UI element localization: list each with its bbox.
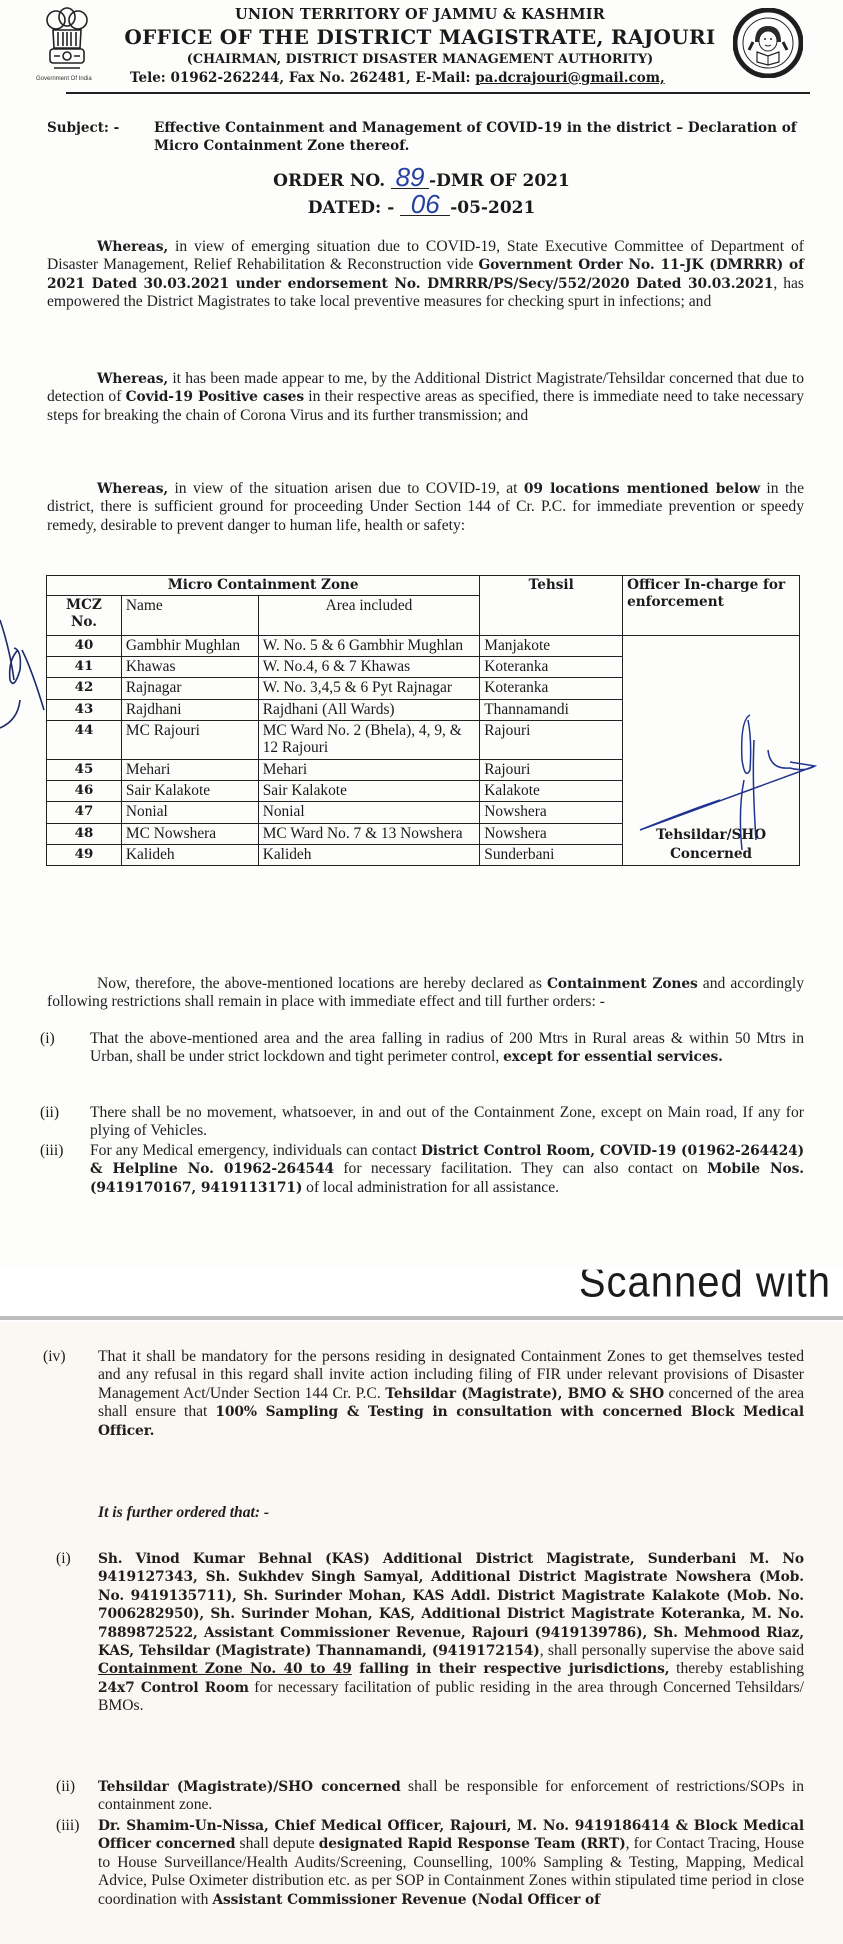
zone-name-cell: MC Rajouri (121, 720, 258, 759)
header-tehsil: Tehsil (480, 576, 623, 636)
order-prefix: ORDER NO. (273, 171, 385, 191)
area-included-cell: W. No. 5 & 6 Gambhir Mughlan (258, 636, 480, 657)
area-included-cell: Sair Kalakote (258, 781, 480, 802)
restriction-1-number: (i) (40, 1030, 55, 1048)
tehsil-cell: Koteranka (480, 657, 623, 678)
para-text: There shall be no movement, whatsoever, … (90, 1104, 804, 1139)
area-included-cell: Kalideh (258, 844, 480, 865)
table-row: 40Gambhir MughlanW. No. 5 & 6 Gambhir Mu… (47, 636, 800, 657)
para-bold: Tehsildar (Magistrate), BMO & SHO (385, 1386, 664, 1402)
paragraph-whereas-1: Whereas, in view of emerging situation d… (47, 238, 804, 312)
para-text: in view of the situation arisen due to C… (168, 480, 524, 497)
restriction-4: That it shall be mandatory for the perso… (98, 1348, 804, 1440)
zone-name-cell: Gambhir Mughlan (121, 636, 258, 657)
zone-name-cell: MC Nowshera (121, 823, 258, 844)
para-bold: 09 locations mentioned below (524, 481, 760, 497)
zone-name-cell: Nonial (121, 802, 258, 823)
mcz-number-cell: 47 (47, 802, 122, 823)
header-name: Name (121, 596, 258, 636)
header-officer: Officer In-charge for enforcement (623, 576, 800, 636)
letterhead-office-name: OFFICE OF THE DISTRICT MAGISTRATE, RAJOU… (110, 25, 730, 49)
document-page-2: (iv) That it shall be mandatory for the … (0, 1322, 843, 1944)
mcz-number-cell: 41 (47, 657, 122, 678)
contact-numbers: Tele: 01962-262244, Fax No. 262481, E-Ma… (130, 70, 475, 86)
para-text: For any Medical emergency, individuals c… (90, 1142, 421, 1159)
further-order-1: Sh. Vinod Kumar Behnal (KAS) Additional … (98, 1550, 804, 1716)
para-bold: except for essential services. (503, 1049, 723, 1065)
scanner-watermark: Scanned with C (579, 1268, 843, 1307)
tehsil-cell: Rajouri (480, 759, 623, 780)
para-text: Now, therefore, the above-mentioned loca… (97, 975, 547, 992)
restriction-3-number: (iii) (40, 1142, 63, 1160)
mcz-number-cell: 49 (47, 844, 122, 865)
mcz-number-cell: 48 (47, 823, 122, 844)
national-emblem-icon (40, 6, 94, 76)
further-order-3: Dr. Shamim-Un-Nissa, Chief Medical Offic… (98, 1817, 804, 1909)
zone-name-cell: Rajnagar (121, 678, 258, 699)
tehsil-cell: Koteranka (480, 678, 623, 699)
letterhead-contact: Tele: 01962-262244, Fax No. 262481, E-Ma… (130, 70, 730, 86)
mcz-number-cell: 44 (47, 720, 122, 759)
mcz-number-cell: 40 (47, 636, 122, 657)
mcz-number-cell: 42 (47, 678, 122, 699)
para-text: , shall personally supervise the above s… (540, 1642, 804, 1659)
letterhead-divider (66, 92, 810, 94)
letterhead-ut-name: UNION TERRITORY OF JAMMU & KASHMIR (110, 6, 730, 23)
header-micro-containment-zone: Micro Containment Zone (47, 576, 480, 596)
subject-text: Effective Containment and Management of … (154, 120, 804, 155)
further-3-number: (iii) (56, 1817, 79, 1835)
para-bold: 24x7 Control Room (98, 1680, 249, 1696)
zone-name-cell: Sair Kalakote (121, 781, 258, 802)
mcz-number-cell: 43 (47, 699, 122, 720)
para-bold: falling in their respective jurisdiction… (352, 1661, 670, 1677)
restriction-1: That the above-mentioned area and the ar… (90, 1030, 804, 1067)
para-lead: Whereas, (97, 481, 168, 497)
para-bold: designated Rapid Response Team (RRT) (319, 1836, 626, 1852)
header-area: Area included (258, 596, 480, 636)
area-included-cell: Nonial (258, 802, 480, 823)
order-number: ORDER NO. 89-DMR OF 2021 (0, 166, 843, 191)
zone-name-cell: Rajdhani (121, 699, 258, 720)
tehsil-cell: Nowshera (480, 823, 623, 844)
letterhead-chairman: (CHAIRMAN, DISTRICT DISASTER MANAGEMENT … (110, 52, 730, 67)
margin-signature (0, 610, 50, 730)
mcz-number-cell: 45 (47, 759, 122, 780)
dated-suffix: -05-2021 (450, 198, 535, 218)
para-text: of local administration for all assistan… (302, 1179, 559, 1196)
order-day-handwritten: 06 (400, 193, 450, 216)
para-lead: Whereas, (97, 239, 168, 255)
zone-name-cell: Khawas (121, 657, 258, 678)
tehsil-cell: Rajouri (480, 720, 623, 759)
restriction-3: For any Medical emergency, individuals c… (90, 1142, 804, 1197)
para-bold: Covid-19 Positive cases (126, 389, 304, 405)
paragraph-whereas-3: Whereas, in view of the situation arisen… (47, 480, 804, 535)
area-included-cell: MC Ward No. 7 & 13 Nowshera (258, 823, 480, 844)
tehsil-cell: Manjakote (480, 636, 623, 657)
page-separator: Scanned with C (0, 1268, 843, 1322)
further-1-number: (i) (56, 1550, 71, 1568)
order-suffix: -DMR OF 2021 (429, 171, 570, 191)
area-included-cell: Mehari (258, 759, 480, 780)
containment-zone-range: Containment Zone No. 40 to 49 (98, 1661, 352, 1677)
page-break-line (0, 1316, 843, 1320)
email-link[interactable]: pa.dcrajouri@gmail.com, (475, 70, 665, 86)
dated-prefix: DATED: - (308, 198, 395, 218)
paragraph-whereas-2: Whereas, it has been made appear to me, … (47, 370, 804, 425)
order-number-handwritten: 89 (391, 166, 429, 189)
order-date: DATED: - 06-05-2021 (0, 193, 843, 218)
area-included-cell: MC Ward No. 2 (Bhela), 4, 9, & 12 Rajour… (258, 720, 480, 759)
para-text: shall depute (235, 1835, 318, 1852)
document-page-1: Government Of India UNION TERRITORY OF J… (0, 0, 843, 1268)
mcz-number-cell: 46 (47, 781, 122, 802)
para-text: thereby establishing (669, 1660, 804, 1677)
para-text: for necessary facilitation. They can als… (334, 1160, 707, 1177)
restriction-2-number: (ii) (40, 1104, 59, 1122)
tehsil-cell: Thannamandi (480, 699, 623, 720)
para-bold: Containment Zones (547, 976, 698, 992)
further-ordered-heading: It is further ordered that: - (98, 1504, 498, 1522)
paragraph-now-therefore: Now, therefore, the above-mentioned loca… (47, 975, 804, 1012)
emblem-caption: Government Of India (36, 76, 92, 82)
restriction-4-number: (iv) (43, 1348, 66, 1366)
further-2-number: (ii) (56, 1778, 75, 1796)
tehsil-cell: Kalakote (480, 781, 623, 802)
area-included-cell: W. No. 3,4,5 & 6 Pyt Rajnagar (258, 678, 480, 699)
para-lead: Whereas, (97, 371, 168, 387)
officer-signature (630, 700, 830, 860)
para-bold: Assistant Commissioner Revenue (Nodal Of… (212, 1892, 600, 1908)
beti-bachao-logo-icon (733, 8, 803, 78)
zone-name-cell: Kalideh (121, 844, 258, 865)
area-included-cell: Rajdhani (All Wards) (258, 699, 480, 720)
zone-name-cell: Mehari (121, 759, 258, 780)
tehsil-cell: Nowshera (480, 802, 623, 823)
restriction-2: There shall be no movement, whatsoever, … (90, 1104, 804, 1141)
header-mcz-no: MCZ No. (47, 596, 122, 636)
subject-label: Subject: - (47, 120, 119, 136)
tehsil-cell: Sunderbani (480, 844, 623, 865)
further-order-2: Tehsildar (Magistrate)/SHO concerned sha… (98, 1778, 804, 1815)
para-bold: Tehsildar (Magistrate)/SHO concerned (98, 1779, 401, 1795)
area-included-cell: W. No.4, 6 & 7 Khawas (258, 657, 480, 678)
